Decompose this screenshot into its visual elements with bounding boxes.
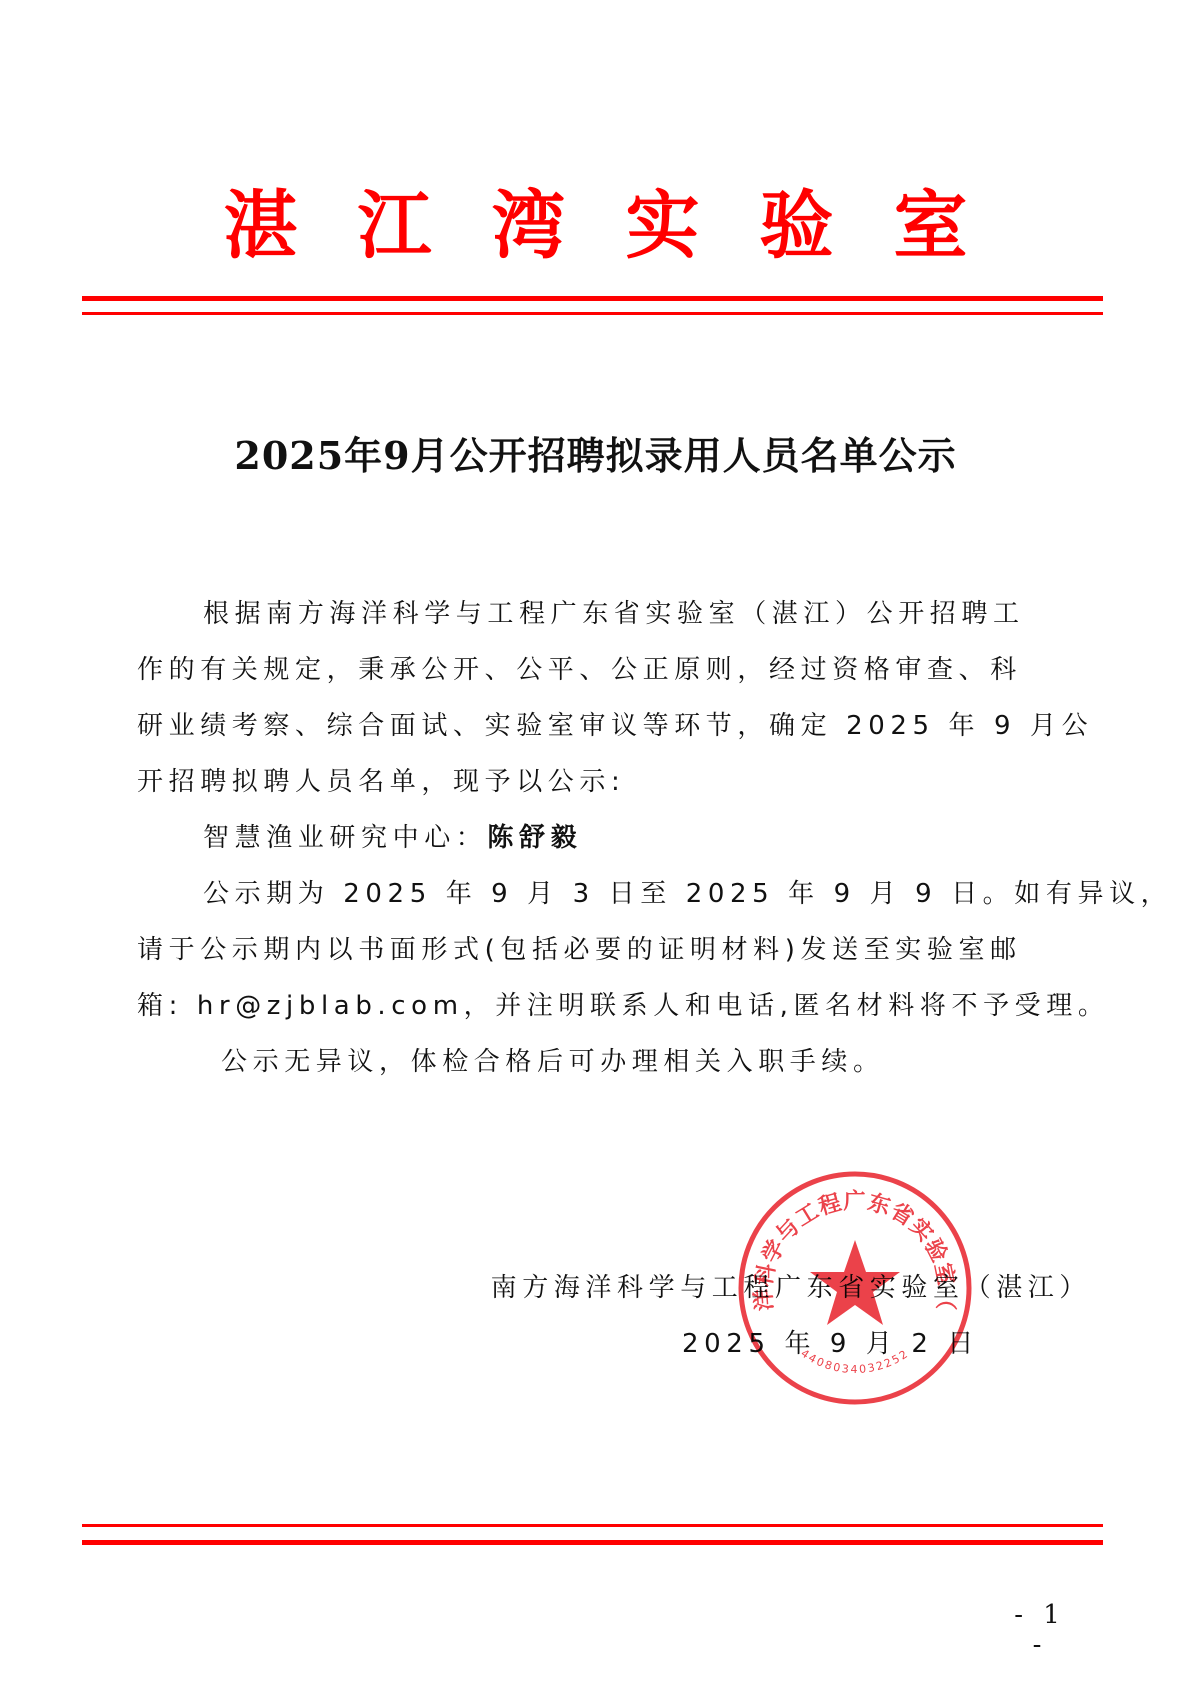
official-seal-icon: 南方海洋科学与工程广东省实验室（湛江） 4408034032252: [735, 1168, 975, 1408]
paragraph-2-line-1: 公示期为 2025 年 9 月 3 日至 2025 年 9 月 9 日。如有异议…: [137, 866, 1087, 922]
header-divider-thick: [82, 296, 1103, 301]
footer-divider-thin: [82, 1524, 1103, 1527]
appointee-line: 智慧渔业研究中心：陈舒毅: [137, 810, 1087, 866]
svg-text:4408034032252: 4408034032252: [798, 1347, 911, 1376]
footer-divider-thick: [82, 1540, 1103, 1545]
document-title: 2025年9月公开招聘拟录用人员名单公示: [0, 430, 1191, 482]
paragraph-1-line-2: 作的有关规定，秉承公开、公平、公正原则，经过资格审查、科: [137, 642, 1087, 698]
document-body: 根据南方海洋科学与工程广东省实验室（湛江）公开招聘工 作的有关规定，秉承公开、公…: [137, 586, 1087, 1090]
letterhead-title-text: 湛江湾实验室: [224, 189, 1028, 263]
page-number: - 1 -: [1000, 1600, 1080, 1660]
paragraph-2-line-2: 请于公示期内以书面形式(包括必要的证明材料)发送至实验室邮: [137, 922, 1087, 978]
paragraph-3: 公示无异议，体检合格后可办理相关入职手续。: [137, 1034, 1087, 1090]
paragraph-1-line-1: 根据南方海洋科学与工程广东省实验室（湛江）公开招聘工: [137, 586, 1087, 642]
header-divider-thin: [82, 312, 1103, 315]
paragraph-2-line-3: 箱: hr@zjblab.com，并注明联系人和电话,匿名材料将不予受理。: [137, 978, 1087, 1034]
appointee-department: 智慧渔业研究中心：: [203, 823, 487, 853]
seal-code: 4408034032252: [798, 1347, 911, 1376]
paragraph-1-line-4: 开招聘拟聘人员名单，现予以公示:: [137, 754, 1087, 810]
letterhead-title: 湛江湾实验室: [0, 178, 1191, 274]
appointee-name: 陈舒毅: [487, 823, 582, 853]
paragraph-1-line-3: 研业绩考察、综合面试、实验室审议等环节，确定 2025 年 9 月公: [137, 698, 1087, 754]
